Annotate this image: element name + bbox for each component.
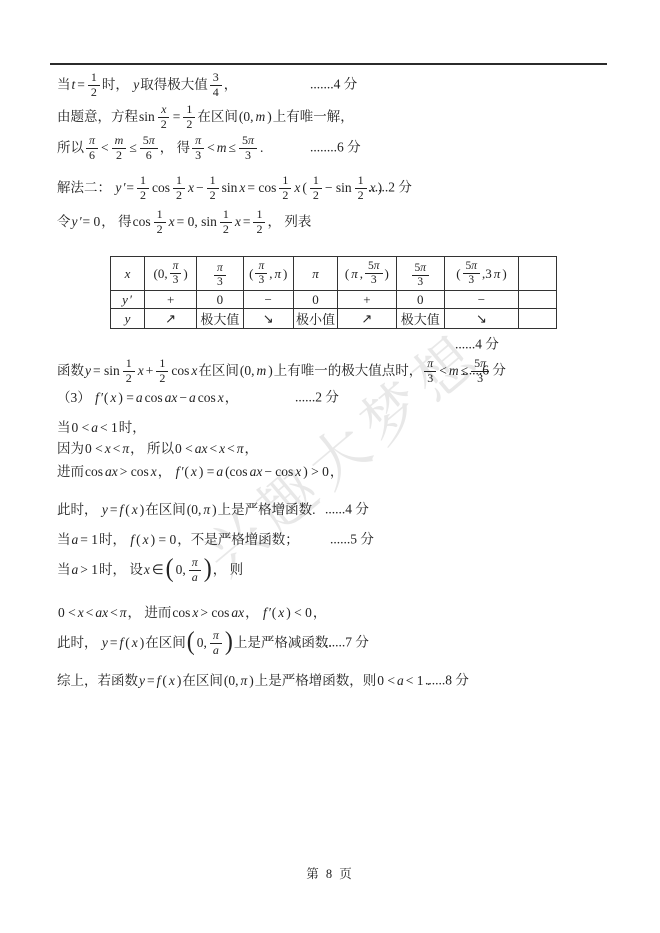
math-run: ′( — [269, 606, 276, 621]
math-run: ) — [283, 266, 287, 282]
math-run: (0, — [239, 110, 254, 125]
math-variable: m — [449, 364, 459, 379]
math-run: ) — [183, 266, 187, 282]
math-run: − — [179, 391, 187, 406]
text-run: 此时， — [57, 636, 101, 651]
fraction: πa — [210, 629, 222, 657]
math-variable: x — [78, 606, 84, 621]
math-run: = 0, sin — [177, 215, 217, 230]
math-variable: y — [133, 78, 139, 93]
score-mark: ......4 分 — [325, 503, 369, 518]
text-run: ， 进而 — [128, 606, 172, 621]
math-variable: m — [217, 141, 227, 156]
math-variable: a — [216, 465, 223, 480]
math-run: 0 < — [58, 606, 76, 621]
math-run: ) — [212, 503, 217, 518]
math-run: − cos — [264, 465, 293, 480]
text-run: （3） — [57, 391, 94, 406]
table-cell-content: 极大值 — [401, 309, 440, 328]
score-mark: ......7 分 — [325, 636, 369, 651]
table-cell: − — [444, 291, 518, 309]
math-variable: ax — [165, 391, 178, 406]
math-run: (0, — [240, 364, 255, 379]
table-cell: 5π3 — [396, 257, 444, 291]
text-run: 上是严格减函数. — [234, 636, 332, 651]
math-variable: x — [169, 674, 175, 689]
fraction: m2 — [112, 134, 127, 162]
big-paren: ) — [225, 631, 233, 654]
math-run: ) — [385, 266, 389, 282]
math-run: 0 — [312, 292, 319, 308]
math-run: 0 — [217, 292, 224, 308]
math-variable: x — [151, 465, 157, 480]
solution-line: 所以π6<m2≤5π6， 得π3<m≤5π3.........6 分 — [0, 131, 660, 165]
math-variable: π — [351, 266, 358, 282]
math-variable: a — [189, 391, 196, 406]
fraction: 5π3 — [412, 262, 430, 289]
variation-table: x(0,π3)π3(π3,π)π(π,5π3)5π3(5π3,3π)y′+0−0… — [110, 256, 557, 329]
math-run: = — [147, 674, 155, 689]
solution-line: 当a= 1时， f(x) = 0，不是严格增函数；......5 分 — [0, 523, 660, 557]
math-run: ( — [125, 503, 130, 518]
table-cell-content: x — [124, 266, 132, 282]
math-run: < — [101, 141, 109, 156]
solution-line: 由题意，方程sinx2=12在区间(0,m)上有唯一解， — [0, 100, 660, 134]
math-run: cos — [198, 391, 216, 406]
table-cell: + — [144, 291, 196, 309]
big-paren: ( — [166, 558, 174, 581]
math-variable: a — [72, 533, 79, 548]
table-cell-content: ↗ — [360, 311, 373, 327]
math-run: (0, — [154, 266, 168, 282]
math-variable: x — [295, 465, 301, 480]
text-run: 极小值 — [296, 309, 335, 328]
math-variable: y — [115, 181, 121, 196]
math-variable: x — [138, 364, 144, 379]
math-variable: π — [312, 266, 319, 282]
math-run: . — [260, 141, 263, 156]
text-run: 时， — [102, 78, 132, 93]
math-variable: π — [274, 266, 281, 282]
math-run: , — [269, 266, 272, 282]
fraction: 34 — [210, 71, 222, 99]
math-run: ) = 0 — [151, 533, 177, 548]
math-variable: x — [125, 266, 131, 282]
math-run: + — [363, 292, 370, 308]
math-variable: x — [169, 215, 175, 230]
text-run: 此时， — [57, 503, 101, 518]
math-run: = — [173, 110, 181, 125]
text-run: 在区间 — [145, 503, 186, 518]
math-run: ∈ — [152, 563, 164, 578]
table-cell: x — [111, 257, 145, 291]
text-run: ， 则 — [213, 563, 243, 578]
math-run: ↗ — [361, 311, 372, 327]
math-run: ( — [125, 636, 130, 651]
math-run: > cos — [120, 465, 149, 480]
math-run: ↘ — [263, 311, 274, 327]
math-run: 0, — [176, 563, 186, 578]
text-run: 进而 — [57, 465, 84, 480]
math-run: = sin — [93, 364, 120, 379]
math-variable: y — [72, 215, 78, 230]
math-variable: x — [132, 503, 138, 518]
score-mark: ......8 分 — [425, 674, 469, 689]
table-cell-content: + — [362, 292, 371, 308]
table-cell-content: ↘ — [262, 311, 275, 327]
math-run: ) — [502, 266, 506, 282]
math-run: ≤ — [229, 141, 236, 156]
math-run: ≤ — [129, 141, 136, 156]
math-run: cos — [152, 181, 170, 196]
math-run: cos — [171, 364, 189, 379]
text-run: ， — [313, 606, 327, 621]
fraction: 5π3 — [365, 260, 383, 287]
table-cell-content: (5π3,3π) — [455, 260, 507, 287]
math-run: ) — [267, 110, 272, 125]
score-mark: ......6 分 — [462, 364, 506, 379]
fraction: 12 — [88, 71, 100, 99]
math-run: ( — [162, 674, 167, 689]
math-run: 0 — [417, 292, 424, 308]
math-variable: x — [235, 215, 241, 230]
table-cell: 0 — [293, 291, 337, 309]
math-run: ( — [249, 266, 253, 282]
math-run: (0, — [224, 674, 239, 689]
fraction: π3 — [214, 262, 226, 289]
math-run: > 1 — [80, 563, 98, 578]
fraction: π6 — [86, 134, 98, 162]
table-cell-content: (π,5π3) — [344, 260, 390, 287]
math-run: ) = — [199, 465, 214, 480]
fraction: π3 — [255, 260, 267, 287]
math-variable: x — [239, 181, 245, 196]
text-run: 解法二： — [57, 181, 114, 196]
math-run: ) < 0 — [286, 606, 312, 621]
table-cell — [518, 309, 556, 329]
solution-line: 此时， y=f(x)在区间(0,π)上是严格增函数.......4 分 — [0, 493, 660, 527]
fraction: 5π6 — [140, 134, 158, 162]
text-run: 当 — [57, 78, 71, 93]
math-run: < — [110, 606, 118, 621]
text-run: 上有唯一的极大值点时， — [274, 364, 423, 379]
math-variable: x — [188, 181, 194, 196]
table-cell: π — [293, 257, 337, 291]
math-variable: f — [95, 391, 99, 406]
solution-line: （3） f′(x) =acosax−acosx，......2 分 — [0, 381, 660, 415]
math-run: ) — [140, 636, 145, 651]
text-run: 在区间 — [182, 674, 223, 689]
math-variable: a — [397, 674, 404, 689]
solution-line: 进而cosax> cosx， f′(x) =a(cosax− cosx) > 0… — [0, 455, 660, 489]
fraction: 12 — [279, 174, 291, 202]
table-cell: (0,π3) — [144, 257, 196, 291]
table-cell-content: 0 — [216, 292, 225, 308]
text-run: 当 — [57, 563, 71, 578]
table-cell: 极大值 — [396, 309, 444, 329]
solution-line: 0 <x<ax<π， 进而cosx> cosax， f′(x) < 0， — [0, 596, 660, 630]
math-variable: ax — [105, 465, 118, 480]
math-run: cos — [85, 465, 103, 480]
table-cell: (5π3,3π) — [444, 257, 518, 291]
math-run: ′( — [181, 465, 188, 480]
math-run: ′ — [130, 292, 133, 308]
table-cell: 极大值 — [197, 309, 243, 329]
table-cell-content: (0,π3) — [153, 260, 189, 287]
math-run: ) = — [118, 391, 133, 406]
math-run: ↗ — [165, 311, 176, 327]
math-variable: a — [136, 391, 143, 406]
text-run: 在区间 — [145, 636, 186, 651]
fraction: πa — [189, 556, 201, 584]
score-mark: ......5 分 — [330, 533, 374, 548]
math-variable: y — [122, 292, 128, 308]
table-cell-content: π — [311, 266, 320, 282]
text-run: ， — [330, 465, 344, 480]
table-cell: ↗ — [338, 309, 397, 329]
text-run: 时， 设 — [99, 563, 143, 578]
table-cell-content: π3 — [213, 262, 227, 289]
table-cell-content: + — [166, 292, 175, 308]
math-variable: ax — [250, 465, 263, 480]
fraction: 12 — [173, 174, 185, 202]
table-cell: 极小值 — [293, 309, 337, 329]
math-run: − — [478, 292, 485, 308]
text-run: 在区间 — [198, 364, 239, 379]
math-variable: x — [294, 181, 300, 196]
math-run: cos — [133, 215, 151, 230]
math-variable: x — [132, 636, 138, 651]
text-run: ， 得 — [101, 215, 131, 230]
math-run: − — [196, 181, 204, 196]
fraction: 12 — [355, 174, 367, 202]
fraction: 5π3 — [463, 260, 481, 287]
solution-line: 当t=12时， y取得极大值34，.......4 分 — [0, 68, 660, 102]
top-rule-divider — [50, 63, 607, 65]
table-cell: 0 — [396, 291, 444, 309]
math-run: = 1 — [80, 533, 98, 548]
math-run: = — [243, 215, 251, 230]
math-run: + — [146, 364, 154, 379]
math-run: ) — [249, 674, 254, 689]
text-run: 极大值 — [401, 309, 440, 328]
math-run: − — [265, 292, 272, 308]
table-cell: ↘ — [444, 309, 518, 329]
math-run: ( — [302, 181, 307, 196]
math-variable: x — [191, 364, 197, 379]
math-run: (0, — [187, 503, 202, 518]
table-cell: ↗ — [144, 309, 196, 329]
fraction: 12 — [220, 208, 232, 236]
math-run: sin — [139, 110, 155, 125]
math-variable: y — [102, 636, 108, 651]
table-cell-content: 5π3 — [411, 262, 431, 289]
math-variable: f — [176, 465, 180, 480]
math-run: (cos — [225, 465, 248, 480]
math-run: ,3 — [482, 266, 492, 282]
text-run: 令 — [57, 215, 71, 230]
math-variable: x — [278, 606, 284, 621]
table-cell-content: − — [264, 292, 273, 308]
math-variable: f — [120, 636, 124, 651]
math-run: ( — [456, 266, 460, 282]
math-run: = — [77, 78, 85, 93]
math-variable: m — [256, 110, 266, 125]
table-cell-content: 极小值 — [296, 309, 335, 328]
math-variable: f — [130, 533, 134, 548]
math-variable: ax — [231, 606, 244, 621]
text-run: 由题意，方程 — [57, 110, 138, 125]
fraction: 12 — [207, 174, 219, 202]
text-run: 在区间 — [197, 110, 238, 125]
math-run: 0, — [197, 636, 207, 651]
table-cell: ↘ — [243, 309, 293, 329]
math-variable: x — [192, 606, 198, 621]
math-variable: m — [257, 364, 267, 379]
fraction: 12 — [154, 208, 166, 236]
math-run: − sin — [325, 181, 352, 196]
math-variable: f — [263, 606, 267, 621]
fraction: 12 — [253, 208, 265, 236]
math-variable: π — [241, 674, 248, 689]
fraction: 12 — [310, 174, 322, 202]
score-mark: .......4 分 — [310, 78, 357, 93]
math-variable: y — [85, 364, 91, 379]
math-variable: a — [72, 563, 79, 578]
fraction: x2 — [158, 103, 170, 131]
text-run: 当 — [57, 533, 71, 548]
math-variable: x — [110, 391, 116, 406]
math-variable: ax — [95, 606, 108, 621]
math-run: < — [207, 141, 215, 156]
math-variable: f — [157, 674, 161, 689]
document-page: { "page": { "footer": "第 8 页", "watermar… — [0, 0, 660, 933]
table-cell: − — [243, 291, 293, 309]
score-mark: ......2 分 — [295, 391, 339, 406]
math-variable: x — [144, 563, 150, 578]
text-run: 函数 — [57, 364, 84, 379]
table-cell: y — [111, 309, 145, 329]
text-run: 上是严格增函数. — [218, 503, 316, 518]
solution-line: 当a> 1时， 设x∈(0,πa)， 则 — [0, 553, 660, 587]
math-run: ↘ — [476, 311, 487, 327]
table-cell-content: (π3,π) — [248, 260, 288, 287]
text-run: 综上，若函数 — [57, 674, 138, 689]
fraction: 12 — [137, 174, 149, 202]
math-variable: π — [203, 503, 210, 518]
math-variable: y — [139, 674, 145, 689]
math-variable: π — [120, 606, 127, 621]
math-run: cos — [145, 391, 163, 406]
math-run: 0 < — [377, 674, 395, 689]
math-variable: x — [143, 533, 149, 548]
math-variable: t — [72, 78, 76, 93]
big-paren: ) — [204, 558, 212, 581]
math-run: , — [360, 266, 363, 282]
math-run: ) — [268, 364, 273, 379]
fraction: π3 — [192, 134, 204, 162]
table-cell: 0 — [197, 291, 243, 309]
table-cell: (π,5π3) — [338, 257, 397, 291]
text-run: ， — [245, 606, 262, 621]
math-run: = — [110, 503, 118, 518]
fraction: 12 — [183, 103, 195, 131]
math-run: = cos — [247, 181, 276, 196]
text-run: ， — [158, 465, 175, 480]
math-variable: y — [125, 311, 131, 327]
score-mark: ......2 分 — [368, 181, 412, 196]
text-run: 时， — [99, 533, 129, 548]
table-cell-content: ↗ — [164, 311, 177, 327]
text-run: ，不是严格增函数； — [177, 533, 299, 548]
math-run: ′= — [123, 181, 134, 196]
math-run: ) — [177, 674, 182, 689]
text-run: ， 列表 — [267, 215, 311, 230]
table-cell-content: 0 — [311, 292, 320, 308]
table-cell: + — [338, 291, 397, 309]
math-variable: f — [120, 503, 124, 518]
math-run: + — [167, 292, 174, 308]
math-variable: x — [218, 391, 224, 406]
math-run: cos — [172, 606, 190, 621]
math-run: ) > 0 — [303, 465, 329, 480]
big-paren: ( — [187, 631, 195, 654]
text-run: ， 得 — [160, 141, 190, 156]
math-run: ( — [345, 266, 349, 282]
math-run: ( — [136, 533, 141, 548]
math-run: sin — [222, 181, 238, 196]
table-cell-content: 0 — [416, 292, 425, 308]
text-run: 取得极大值 — [140, 78, 208, 93]
math-variable: π — [494, 266, 501, 282]
score-mark: ......4 分 — [455, 338, 499, 353]
fraction: π3 — [170, 260, 182, 287]
text-run: 极大值 — [200, 309, 239, 328]
math-run: ′( — [101, 391, 108, 406]
table-cell-content: y — [124, 311, 132, 327]
math-run: ′= 0 — [80, 215, 101, 230]
table-cell: (π3,π) — [243, 257, 293, 291]
text-run: 所以 — [57, 141, 84, 156]
solution-line: 令y′= 0， 得cos12x= 0, sin12x=12， 列表 — [0, 205, 660, 239]
table-cell-content: − — [477, 292, 486, 308]
math-run: < — [86, 606, 94, 621]
page-number: 第 8 页 — [0, 864, 660, 882]
table-cell — [518, 257, 556, 291]
math-variable: x — [191, 465, 197, 480]
table-cell: π3 — [197, 257, 243, 291]
math-run: < — [439, 364, 447, 379]
table-cell — [518, 291, 556, 309]
table-cell: y′ — [111, 291, 145, 309]
fraction: 5π3 — [239, 134, 257, 162]
solution-line: 此时， y=f(x)在区间(0,πa)上是严格减函数.......7 分 — [0, 626, 660, 660]
table-cell-content: 极大值 — [200, 309, 239, 328]
math-variable: y — [102, 503, 108, 518]
math-run: = — [110, 636, 118, 651]
table-cell-content: y′ — [121, 292, 134, 308]
math-run: ) — [140, 503, 145, 518]
score-mark: ........6 分 — [310, 141, 361, 156]
text-run: ， — [224, 78, 238, 93]
solution-line: 综上，若函数y=f(x)在区间(0,π)上是严格增函数，则0 <a< 1 ...… — [0, 664, 660, 698]
text-run: 上有唯一解， — [273, 110, 354, 125]
text-run: 上是严格增函数，则 — [255, 674, 377, 689]
math-run: > cos — [200, 606, 229, 621]
table-cell-content: ↘ — [475, 311, 488, 327]
solution-line: 解法二： y′=12cos12x−12sinx= cos12x(12− sin1… — [0, 171, 660, 205]
text-run: ， — [225, 391, 239, 406]
